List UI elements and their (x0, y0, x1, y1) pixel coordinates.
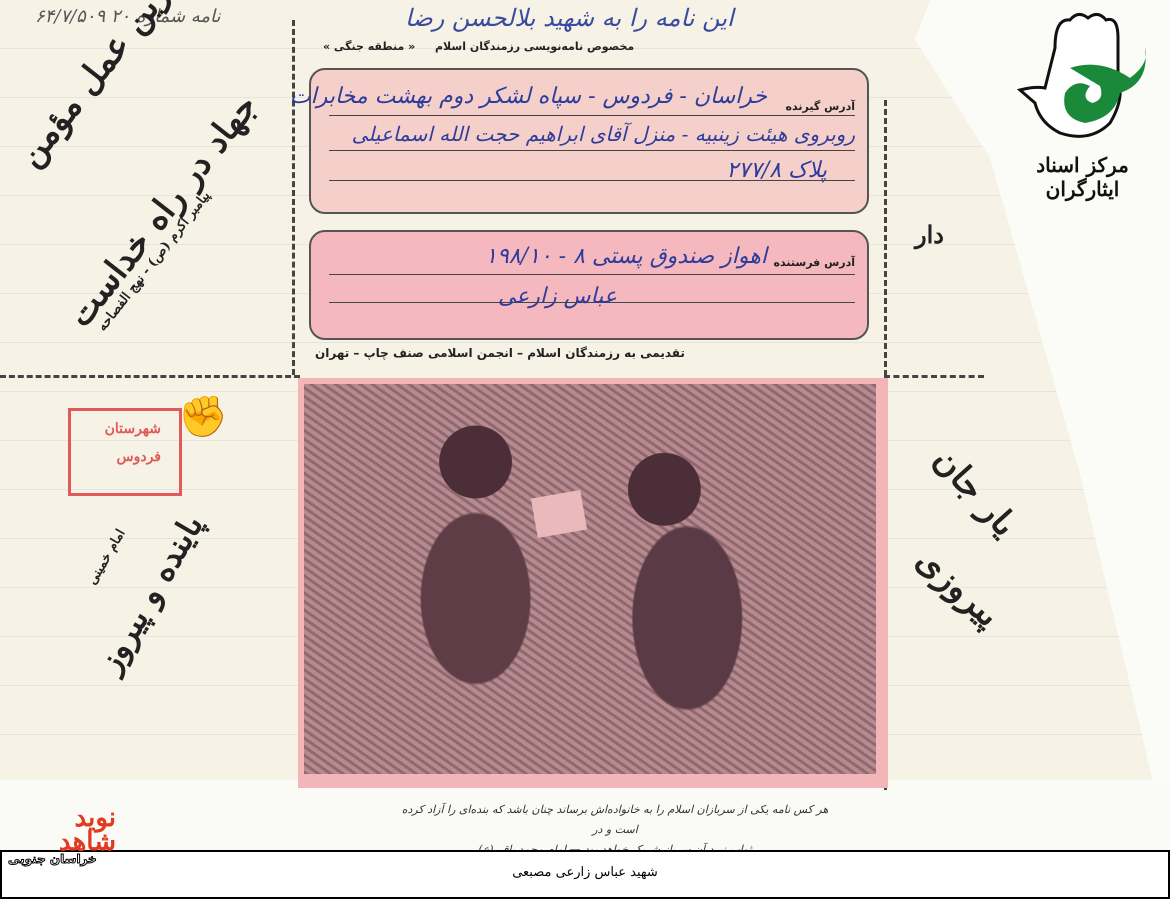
envelope-form: این نامه را به شهید بلالحسن رضا مخصوص نا… (295, 0, 885, 375)
recipient-line-2: روبروی هیئت زینبیه - منزل آقای ابراهیم ح… (352, 122, 855, 146)
recipient-line-1: خراسان - فردوس - سپاه لشکر دوم بهشت مخاب… (290, 84, 767, 109)
fold-line-horizontal-left (0, 375, 300, 378)
soldiers-photo (304, 384, 876, 774)
recipient-address-box: آدرس گیرنده خراسان - فردوس - سپاه لشکر د… (309, 68, 869, 214)
recipient-line-3: پلاک ۲۷۷/۸ (726, 158, 827, 183)
header-zone: « منطقه جنگی » (323, 40, 415, 53)
stamp-line1: شهرستان (105, 421, 161, 437)
sender-address-box: آدرس فرستنده اهواز صندوق پستی ۸ - ۱۹۸/۱۰… (309, 230, 869, 340)
hand-dove-logo-icon (1000, 8, 1165, 153)
footer-printed: تقدیمی به رزمندگان اسلام – انجمن اسلامی … (315, 346, 685, 360)
navid-shahed-logo: نوید شاهد خراسان جنوبی (6, 806, 116, 898)
recipient-label: آدرس گیرنده (786, 100, 855, 113)
photo-letter-detail (531, 490, 587, 538)
sender-label: آدرس فرستنده (774, 256, 855, 269)
sender-line-2: عباس زارعی (498, 284, 617, 309)
archive-logo: مرکز اسناد ایثارگران (1000, 8, 1165, 188)
caption-bar: شهید عباس زارعی مصبعی (0, 850, 1170, 899)
stamp-emblem-icon: ✊ (178, 393, 238, 483)
navid-logo-main: نوید شاهد (28, 806, 116, 854)
navid-logo-sub: خراسان جنوبی (8, 852, 97, 866)
caption-verse-line1: هر کس نامه یکی از سربازان اسلام را به خا… (390, 800, 840, 840)
photo-frame (298, 378, 888, 788)
stamp-line2: فردوس (116, 449, 161, 465)
fold-line-horizontal-right (884, 375, 984, 378)
header-printed: مخصوص نامه‌نویسی رزمندگان اسلام (435, 40, 634, 53)
archive-logo-text: مرکز اسناد ایثارگران (1000, 153, 1165, 201)
sender-line-1: اهواز صندوق پستی ۸ - ۱۹۸/۱۰ (485, 244, 767, 269)
calligraphy-right-fragment: دار (915, 220, 944, 249)
handwritten-title: این نامه را به شهید بلالحسن رضا (405, 4, 734, 32)
ferdows-stamp: شهرستان فردوس (68, 408, 182, 496)
martyr-name-caption: شهید عباس زارعی مصبعی (2, 865, 1168, 880)
